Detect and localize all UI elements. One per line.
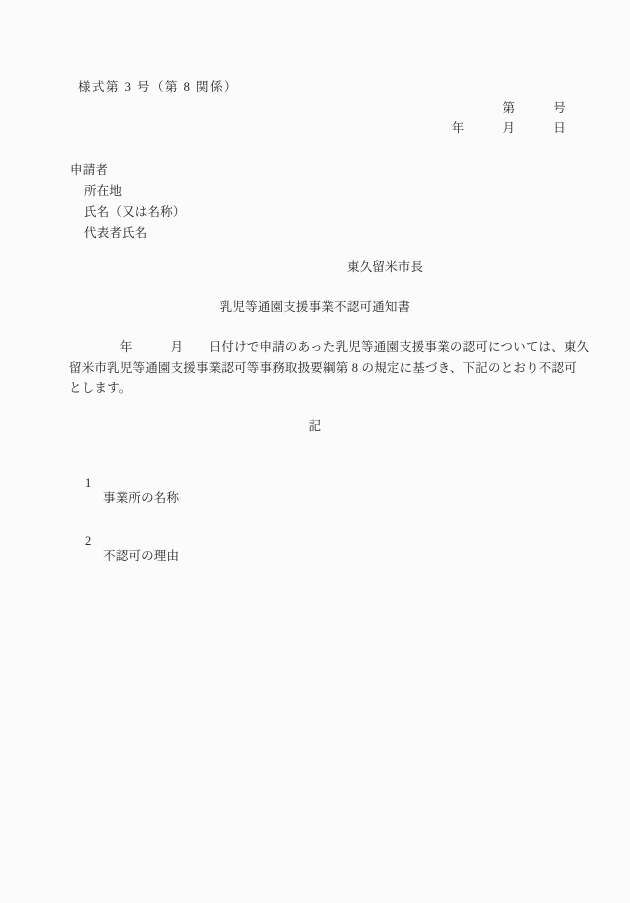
applicant-name-label: 氏名（又は名称） bbox=[84, 205, 186, 219]
item-number: 1 bbox=[85, 476, 91, 490]
form-number: 様式第 3 号（第 8 関係） bbox=[78, 80, 238, 94]
document-page: 様式第 3 号（第 8 関係） 第 号 年 月 日 申請者 所在地 氏名（又は名… bbox=[0, 0, 630, 903]
applicant-representative-label: 代表者氏名 bbox=[84, 226, 148, 240]
item-number: 2 bbox=[85, 534, 91, 548]
document-number-line: 第 号 bbox=[502, 101, 566, 115]
applicant-address-label: 所在地 bbox=[84, 184, 122, 198]
addressee: 東久留米市長 bbox=[347, 260, 423, 274]
item-label: 不認可の理由 bbox=[103, 549, 179, 563]
body-line: 年 月 日付けで申請のあった乳児等通園支援事業の認可については、東久 bbox=[69, 340, 589, 354]
list-item: 1 事業所の名称 bbox=[0, 462, 630, 520]
item-label: 事業所の名称 bbox=[103, 491, 179, 505]
body-line: 留米市乳児等通園支援事業認可等事務取扱要綱第 8 の規定に基づき、下記のとおり不… bbox=[69, 361, 577, 375]
date-line: 年 月 日 bbox=[452, 121, 566, 135]
note-heading: 記 bbox=[0, 419, 630, 433]
body-line: とします。 bbox=[69, 381, 132, 395]
applicant-label: 申請者 bbox=[70, 163, 108, 177]
document-title: 乳児等通園支援事業不認可通知書 bbox=[0, 300, 630, 314]
list-item: 2 不認可の理由 bbox=[0, 520, 630, 578]
